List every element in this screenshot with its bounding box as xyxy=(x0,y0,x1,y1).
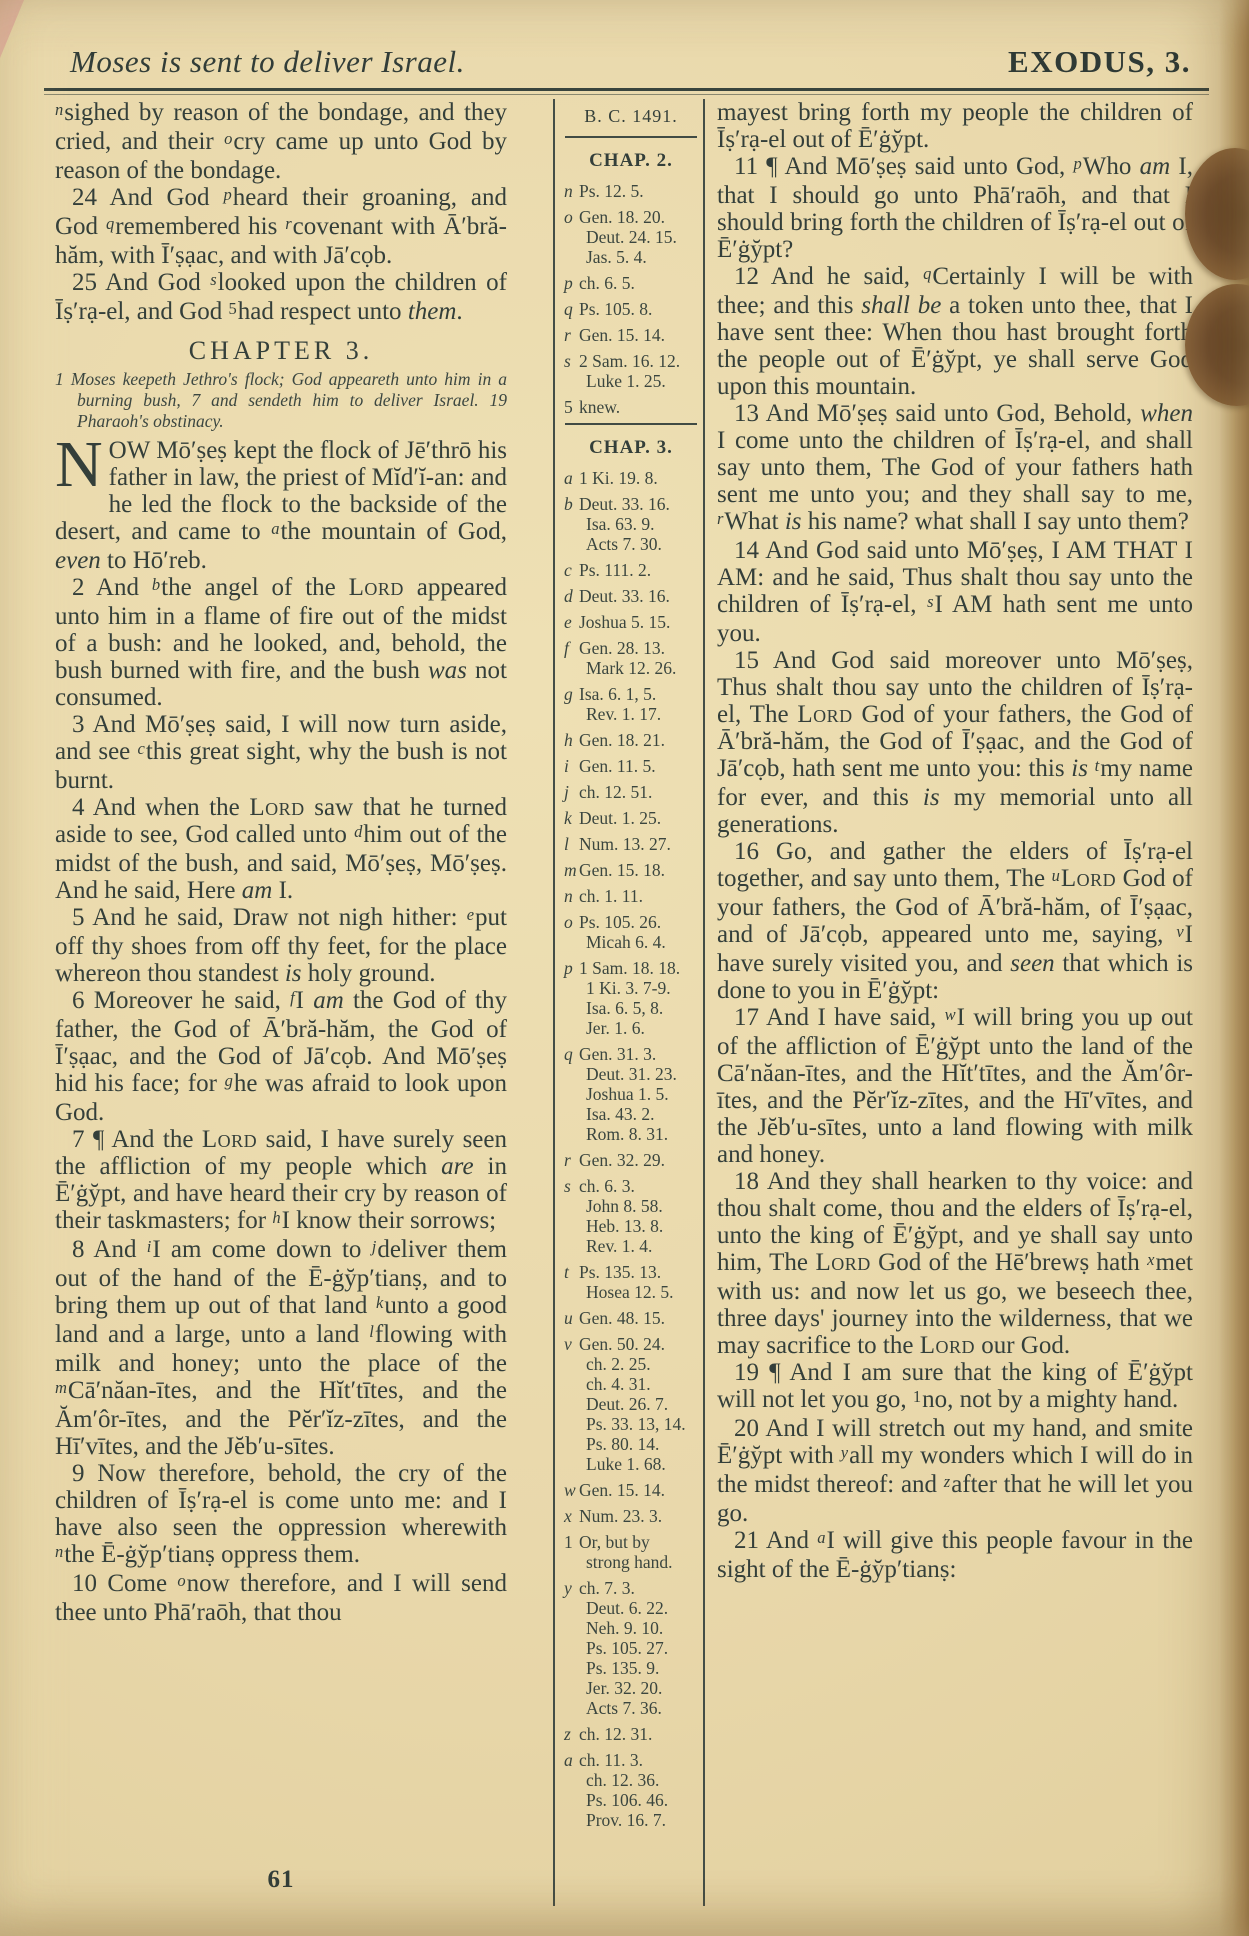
verse-paragraph: 4 And when the Lord saw that he turned a… xyxy=(55,794,507,904)
margin-ref-text: 1 Sam. 18. 18.1 Ki. 3. 7-9.Isa. 6. 5, 8.… xyxy=(579,958,698,1038)
cross-ref-marker: i xyxy=(147,1237,152,1256)
margin-ref-marker: r xyxy=(564,1150,579,1170)
margin-ref-line: Deut. 33. 16. xyxy=(579,494,698,514)
verse-paragraph: 5 And he said, Draw not nigh hither: epu… xyxy=(55,904,507,987)
margin-ref-line: Ps. 12. 5. xyxy=(579,181,698,201)
margin-ref-line: Ps. 80. 14. xyxy=(579,1434,698,1454)
margin-ref-marker: i xyxy=(564,756,579,776)
margin-ref-text: Ps. 12. 5. xyxy=(579,181,698,201)
margin-ref-text: Gen. 48. 15. xyxy=(579,1308,698,1328)
margin-ref-marker: d xyxy=(564,586,579,606)
margin-ref-line: ch. 12. 51. xyxy=(579,782,698,802)
margin-ref-text: Ps. 135. 13.Hosea 12. 5. xyxy=(579,1262,698,1302)
cross-ref-marker: k xyxy=(376,1293,383,1312)
margin-ref-text: 1 Ki. 19. 8. xyxy=(579,468,698,488)
margin-ref-marker: q xyxy=(564,1044,579,1144)
margin-cross-reference: qGen. 31. 3.Deut. 31. 23.Joshua 1. 5.Isa… xyxy=(564,1044,698,1144)
cross-ref-marker: p xyxy=(223,185,231,204)
margin-ref-marker: p xyxy=(564,958,579,1038)
small-caps-word: Lord xyxy=(1061,865,1116,892)
verse-continuation: nsighed by reason of the bondage, and th… xyxy=(55,99,507,184)
cross-ref-marker: r xyxy=(285,214,291,233)
margin-ref-marker: z xyxy=(564,1724,579,1744)
margin-ref-text: Deut. 33. 16.Isa. 63. 9.Acts 7. 30. xyxy=(579,494,698,554)
photo-corner-artifact xyxy=(0,0,24,58)
margin-ref-line: Ps. 33. 13, 14. xyxy=(579,1414,698,1434)
margin-cross-reference: zch. 12. 31. xyxy=(564,1724,698,1744)
margin-ref-line: ch. 12. 31. xyxy=(579,1724,698,1744)
drop-cap: N xyxy=(55,437,109,492)
margin-ref-line: Gen. 31. 3. xyxy=(579,1044,698,1064)
verse-paragraph: 11 ¶ And Mō′ṣeṣ said unto God, pWho am I… xyxy=(717,153,1193,263)
margin-ref-marker: m xyxy=(564,860,579,880)
margin-ref-line: Gen. 18. 21. xyxy=(579,730,698,750)
margin-ref-text: Deut. 33. 16. xyxy=(579,586,698,606)
margin-ref-line: strong hand. xyxy=(579,1552,698,1572)
margin-ref-line: ch. 6. 3. xyxy=(579,1176,698,1196)
margin-ref-line: Rev. 1. 17. xyxy=(579,704,698,724)
verse-paragraph: 14 And God said unto Mō′ṣeṣ, I AM THAT I… xyxy=(717,537,1193,647)
margin-ref-line: 1 Ki. 3. 7-9. xyxy=(579,978,698,998)
margin-cross-reference: eJoshua 5. 15. xyxy=(564,612,698,632)
margin-chapter-heading: CHAP. 3. xyxy=(564,437,698,459)
margin-ref-marker: y xyxy=(564,1578,579,1718)
cross-ref-marker: s xyxy=(927,592,933,611)
margin-ref-line: Isa. 6. 5, 8. xyxy=(579,998,698,1018)
margin-ref-marker: t xyxy=(564,1262,579,1302)
small-caps-word: Lord xyxy=(797,701,852,728)
margin-ref-text: Ps. 111. 2. xyxy=(579,560,698,580)
margin-ref-marker: n xyxy=(564,886,579,906)
verse-paragraph: 18 And they shall hearken to thy voice: … xyxy=(717,1168,1193,1359)
margin-ref-line: ch. 4. 31. xyxy=(579,1374,698,1394)
small-caps-word: Lord xyxy=(815,1249,870,1276)
cross-ref-marker: p xyxy=(1074,154,1082,173)
margin-ref-text: ch. 12. 31. xyxy=(579,1724,698,1744)
cross-ref-marker: o xyxy=(224,129,232,148)
margin-cross-reference: hGen. 18. 21. xyxy=(564,730,698,750)
margin-ref-line: Gen. 50. 24. xyxy=(579,1334,698,1354)
margin-ref-marker: f xyxy=(564,638,579,678)
margin-ref-marker: w xyxy=(564,1480,579,1500)
margin-cross-reference: 1Or, but bystrong hand. xyxy=(564,1532,698,1572)
center-reference-column: B. C. 1491.CHAP. 2.nPs. 12. 5.oGen. 18. … xyxy=(553,99,705,1906)
margin-ref-line: Joshua 5. 15. xyxy=(579,612,698,632)
cross-ref-marker: s xyxy=(210,270,216,289)
margin-ref-text: Gen. 15. 14. xyxy=(579,1480,698,1500)
verse-paragraph: 7 ¶ And the Lord said, I have surely see… xyxy=(55,1126,507,1236)
margin-ref-line: Gen. 28. 13. xyxy=(579,638,698,658)
margin-ref-line: Jer. 32. 20. xyxy=(579,1678,698,1698)
margin-ref-marker: e xyxy=(564,612,579,632)
thumb-index-notch xyxy=(1185,148,1249,280)
margin-ref-marker: x xyxy=(564,1506,579,1526)
left-text-column: nsighed by reason of the bondage, and th… xyxy=(55,99,553,1906)
margin-cross-reference: lNum. 13. 27. xyxy=(564,834,698,854)
chapter-summary: 1 Moses keepeth Jethro's flock; God appe… xyxy=(55,369,507,432)
margin-cross-reference: p1 Sam. 18. 18.1 Ki. 3. 7-9.Isa. 6. 5, 8… xyxy=(564,958,698,1038)
margin-ref-line: Isa. 6. 1, 5. xyxy=(579,684,698,704)
margin-ref-text: Gen. 18. 21. xyxy=(579,730,698,750)
cross-ref-marker: t xyxy=(1095,756,1100,775)
margin-cross-reference: bDeut. 33. 16.Isa. 63. 9.Acts 7. 30. xyxy=(564,494,698,554)
verse-paragraph: 20 And I will stretch out my hand, and s… xyxy=(717,1415,1193,1527)
margin-ref-marker: a xyxy=(564,468,579,488)
bc-date: B. C. 1491. xyxy=(564,106,698,127)
cross-ref-marker: q xyxy=(923,264,931,283)
margin-ref-line: Gen. 15. 14. xyxy=(579,1480,698,1500)
margin-ref-marker: o xyxy=(564,207,579,267)
margin-cross-reference: gIsa. 6. 1, 5.Rev. 1. 17. xyxy=(564,684,698,724)
verse-paragraph: 15 And God said moreover unto Mō′ṣeṣ, Th… xyxy=(717,647,1193,838)
cross-ref-marker: q xyxy=(106,214,114,233)
margin-ref-line: Deut. 6. 22. xyxy=(579,1598,698,1618)
margin-chapter-heading: CHAP. 2. xyxy=(564,150,698,172)
cross-ref-marker: j xyxy=(372,1237,377,1256)
margin-divider-rule xyxy=(565,136,697,138)
margin-cross-reference: cPs. 111. 2. xyxy=(564,560,698,580)
margin-ref-line: Ps. 106. 46. xyxy=(579,1790,698,1810)
margin-ref-text: ch. 6. 5. xyxy=(579,273,698,293)
margin-ref-line: Ps. 135. 13. xyxy=(579,1262,698,1282)
margin-ref-line: Deut. 1. 25. xyxy=(579,808,698,828)
margin-ref-line: ch. 6. 5. xyxy=(579,273,698,293)
margin-ref-line: Deut. 26. 7. xyxy=(579,1394,698,1414)
margin-ref-marker: 5 xyxy=(564,397,579,417)
margin-cross-reference: oGen. 18. 20.Deut. 24. 15.Jas. 5. 4. xyxy=(564,207,698,267)
margin-cross-reference: 5knew. xyxy=(564,397,698,417)
margin-ref-text: 2 Sam. 16. 12.Luke 1. 25. xyxy=(579,351,698,391)
margin-cross-reference: xNum. 23. 3. xyxy=(564,1506,698,1526)
margin-ref-text: Gen. 50. 24.ch. 2. 25.ch. 4. 31.Deut. 26… xyxy=(579,1334,698,1474)
margin-ref-marker: o xyxy=(564,912,579,952)
margin-ref-line: Acts 7. 30. xyxy=(579,534,698,554)
margin-ref-line: Isa. 63. 9. xyxy=(579,514,698,534)
small-caps-word: Lord xyxy=(202,1126,257,1153)
running-head: Moses is sent to deliver Israel. EXODUS,… xyxy=(70,44,1191,80)
cross-ref-marker: f xyxy=(290,988,295,1007)
margin-cross-reference: vGen. 50. 24.ch. 2. 25.ch. 4. 31.Deut. 2… xyxy=(564,1334,698,1474)
margin-ref-line: Micah 6. 4. xyxy=(579,932,698,952)
margin-cross-reference: fGen. 28. 13.Mark 12. 26. xyxy=(564,638,698,678)
margin-ref-line: Ps. 105. 26. xyxy=(579,912,698,932)
margin-ref-line: Gen. 15. 18. xyxy=(579,860,698,880)
verse-paragraph: 3 And Mō′ṣeṣ said, I will now turn aside… xyxy=(55,711,507,794)
margin-ref-text: ch. 1. 11. xyxy=(579,886,698,906)
margin-ref-line: Acts 7. 36. xyxy=(579,1698,698,1718)
margin-cross-reference: pch. 6. 5. xyxy=(564,273,698,293)
margin-divider-rule xyxy=(565,423,697,425)
margin-cross-reference: oPs. 105. 26.Micah 6. 4. xyxy=(564,912,698,952)
cross-ref-marker: y xyxy=(841,1443,848,1462)
margin-ref-line: Ps. 105. 27. xyxy=(579,1638,698,1658)
margin-cross-reference: mGen. 15. 18. xyxy=(564,860,698,880)
margin-ref-text: Gen. 31. 3.Deut. 31. 23.Joshua 1. 5.Isa.… xyxy=(579,1044,698,1144)
cross-ref-marker: d xyxy=(354,822,362,841)
margin-ref-line: 1 Sam. 18. 18. xyxy=(579,958,698,978)
margin-ref-line: Isa. 43. 2. xyxy=(579,1104,698,1124)
margin-ref-line: Jer. 1. 6. xyxy=(579,1018,698,1038)
margin-ref-line: John 8. 58. xyxy=(579,1196,698,1216)
verse-continuation: NOW Mō′ṣeṣ kept the flock of Jē′thrō his… xyxy=(55,437,507,574)
header-rule xyxy=(44,88,1209,95)
cross-ref-marker: z xyxy=(944,1472,950,1491)
small-caps-word: Lord xyxy=(349,574,404,601)
margin-ref-text: Ps. 105. 8. xyxy=(579,299,698,319)
cross-ref-marker: e xyxy=(467,905,474,924)
margin-ref-text: ch. 11. 3.ch. 12. 36.Ps. 106. 46.Prov. 1… xyxy=(579,1750,698,1830)
scanned-bible-page: Moses is sent to deliver Israel. EXODUS,… xyxy=(0,0,1249,1936)
margin-ref-line: Heb. 13. 8. xyxy=(579,1216,698,1236)
margin-ref-line: knew. xyxy=(579,397,698,417)
margin-ref-line: Gen. 15. 14. xyxy=(579,325,698,345)
margin-ref-marker: v xyxy=(564,1334,579,1474)
cross-ref-marker: 1 xyxy=(913,1387,921,1406)
verse-paragraph: 25 And God slooked upon the children of … xyxy=(55,269,507,327)
margin-ref-marker: a xyxy=(564,1750,579,1830)
margin-ref-marker: u xyxy=(564,1308,579,1328)
margin-ref-text: Gen. 28. 13.Mark 12. 26. xyxy=(579,638,698,678)
margin-ref-text: Gen. 11. 5. xyxy=(579,756,698,776)
verse-paragraph: 10 Come onow therefore, and I will send … xyxy=(55,1570,507,1626)
margin-ref-line: Deut. 24. 15. xyxy=(579,227,698,247)
cross-ref-marker: x xyxy=(1147,1250,1154,1269)
margin-cross-reference: dDeut. 33. 16. xyxy=(564,586,698,606)
margin-ref-text: Isa. 6. 1, 5.Rev. 1. 17. xyxy=(579,684,698,724)
margin-ref-line: Luke 1. 68. xyxy=(579,1454,698,1474)
cross-ref-marker: a xyxy=(817,1528,825,1547)
margin-ref-marker: r xyxy=(564,325,579,345)
margin-ref-text: Or, but bystrong hand. xyxy=(579,1532,698,1572)
cross-ref-marker: l xyxy=(369,1322,374,1341)
margin-ref-line: 1 Ki. 19. 8. xyxy=(579,468,698,488)
margin-ref-line: Rom. 8. 31. xyxy=(579,1124,698,1144)
margin-cross-reference: nPs. 12. 5. xyxy=(564,181,698,201)
margin-ref-line: Jas. 5. 4. xyxy=(579,247,698,267)
margin-ref-marker: s xyxy=(564,1176,579,1256)
margin-ref-text: knew. xyxy=(579,397,698,417)
margin-ref-text: Num. 13. 27. xyxy=(579,834,698,854)
margin-ref-line: Or, but by xyxy=(579,1532,698,1552)
text-columns: nsighed by reason of the bondage, and th… xyxy=(55,99,1193,1906)
margin-ref-line: Num. 23. 3. xyxy=(579,1506,698,1526)
margin-ref-line: Ps. 111. 2. xyxy=(579,560,698,580)
margin-cross-reference: sch. 6. 3.John 8. 58.Heb. 13. 8.Rev. 1. … xyxy=(564,1176,698,1256)
margin-ref-line: ch. 7. 3. xyxy=(579,1578,698,1598)
margin-ref-line: ch. 12. 36. xyxy=(579,1770,698,1790)
margin-ref-text: ch. 7. 3.Deut. 6. 22.Neh. 9. 10.Ps. 105.… xyxy=(579,1578,698,1718)
cross-ref-marker: c xyxy=(138,739,145,758)
margin-cross-reference: a1 Ki. 19. 8. xyxy=(564,468,698,488)
margin-cross-reference: qPs. 105. 8. xyxy=(564,299,698,319)
margin-ref-marker: b xyxy=(564,494,579,554)
margin-ref-text: ch. 6. 3.John 8. 58.Heb. 13. 8.Rev. 1. 4… xyxy=(579,1176,698,1256)
margin-cross-reference: nch. 1. 11. xyxy=(564,886,698,906)
margin-ref-line: Gen. 32. 29. xyxy=(579,1150,698,1170)
margin-ref-line: Hosea 12. 5. xyxy=(579,1282,698,1302)
margin-ref-line: Ps. 105. 8. xyxy=(579,299,698,319)
margin-ref-marker: k xyxy=(564,808,579,828)
margin-ref-text: Num. 23. 3. xyxy=(579,1506,698,1526)
margin-ref-marker: n xyxy=(564,181,579,201)
right-text-column: mayest bring forth my people the childre… xyxy=(705,99,1193,1906)
margin-ref-line: Deut. 31. 23. xyxy=(579,1064,698,1084)
cross-ref-marker: o xyxy=(177,1571,185,1590)
margin-cross-reference: jch. 12. 51. xyxy=(564,782,698,802)
margin-ref-line: Joshua 1. 5. xyxy=(579,1084,698,1104)
margin-cross-reference: rGen. 32. 29. xyxy=(564,1150,698,1170)
margin-ref-line: Num. 13. 27. xyxy=(579,834,698,854)
cross-ref-marker: n xyxy=(55,1542,63,1561)
margin-ref-text: Gen. 15. 18. xyxy=(579,860,698,880)
margin-ref-line: ch. 11. 3. xyxy=(579,1750,698,1770)
verse-paragraph: 9 Now therefore, behold, the cry of the … xyxy=(55,1460,507,1570)
margin-ref-line: 2 Sam. 16. 12. xyxy=(579,351,698,371)
margin-ref-marker: j xyxy=(564,782,579,802)
margin-ref-line: Ps. 135. 9. xyxy=(579,1658,698,1678)
margin-ref-line: Deut. 33. 16. xyxy=(579,586,698,606)
margin-ref-marker: g xyxy=(564,684,579,724)
margin-ref-line: ch. 2. 25. xyxy=(579,1354,698,1374)
margin-ref-marker: q xyxy=(564,299,579,319)
margin-ref-line: Gen. 18. 20. xyxy=(579,207,698,227)
running-head-book-chapter: EXODUS, 3. xyxy=(1008,44,1191,80)
cross-ref-marker: b xyxy=(152,575,160,594)
margin-ref-marker: p xyxy=(564,273,579,293)
margin-ref-line: Luke 1. 25. xyxy=(579,371,698,391)
margin-ref-text: Ps. 105. 26.Micah 6. 4. xyxy=(579,912,698,952)
verse-paragraph: 8 And iI am come down to jdeliver them o… xyxy=(55,1236,507,1460)
margin-ref-line: Mark 12. 26. xyxy=(579,658,698,678)
cross-ref-marker: u xyxy=(1052,866,1060,885)
margin-ref-line: Gen. 11. 5. xyxy=(579,756,698,776)
margin-ref-marker: h xyxy=(564,730,579,750)
margin-cross-reference: rGen. 15. 14. xyxy=(564,325,698,345)
margin-ref-line: Gen. 48. 15. xyxy=(579,1308,698,1328)
small-caps-word: Lord xyxy=(920,1332,975,1359)
margin-cross-reference: uGen. 48. 15. xyxy=(564,1308,698,1328)
verse-paragraph: 24 And God pheard their groaning, and Go… xyxy=(55,184,507,269)
verse-paragraph: 19 ¶ And I am sure that the king of Ē′ġy… xyxy=(717,1359,1193,1415)
margin-ref-line: Neh. 9. 10. xyxy=(579,1618,698,1638)
cross-ref-marker: g xyxy=(225,1071,233,1090)
cross-ref-marker: v xyxy=(1176,922,1183,941)
margin-cross-reference: iGen. 11. 5. xyxy=(564,756,698,776)
margin-ref-text: Gen. 15. 14. xyxy=(579,325,698,345)
margin-cross-reference: s2 Sam. 16. 12.Luke 1. 25. xyxy=(564,351,698,391)
cross-ref-marker: h xyxy=(272,1208,280,1227)
margin-ref-line: Prov. 16. 7. xyxy=(579,1810,698,1830)
margin-ref-marker: s xyxy=(564,351,579,391)
margin-ref-text: Gen. 18. 20.Deut. 24. 15.Jas. 5. 4. xyxy=(579,207,698,267)
margin-ref-line: ch. 1. 11. xyxy=(579,886,698,906)
margin-ref-text: ch. 12. 51. xyxy=(579,782,698,802)
cross-ref-marker: n xyxy=(55,100,63,119)
verse-paragraph: 12 And he said, qCertainly I will be wit… xyxy=(717,263,1193,400)
verse-paragraph: 21 And aI will give this people favour i… xyxy=(717,1527,1193,1583)
running-head-title: Moses is sent to deliver Israel. xyxy=(70,44,465,80)
cross-ref-marker: r xyxy=(717,509,723,528)
verse-continuation: mayest bring forth my people the childre… xyxy=(717,99,1193,153)
margin-ref-text: Joshua 5. 15. xyxy=(579,612,698,632)
cross-ref-marker: a xyxy=(271,519,279,538)
margin-ref-marker: c xyxy=(564,560,579,580)
verse-paragraph: 17 And I have said, wI will bring you up… xyxy=(717,1004,1193,1168)
cross-ref-marker: m xyxy=(55,1378,67,1397)
margin-cross-reference: kDeut. 1. 25. xyxy=(564,808,698,828)
verse-paragraph: 2 And bthe angel of the Lord appeared un… xyxy=(55,574,507,711)
margin-ref-line: Rev. 1. 4. xyxy=(579,1236,698,1256)
small-caps-word: Lord xyxy=(249,794,304,821)
page-number: 61 xyxy=(231,1866,331,1894)
margin-ref-text: Gen. 32. 29. xyxy=(579,1150,698,1170)
thumb-index-notch xyxy=(1185,284,1249,406)
margin-cross-reference: ach. 11. 3.ch. 12. 36.Ps. 106. 46.Prov. … xyxy=(564,1750,698,1830)
verse-paragraph: 13 And Mō′ṣeṣ said unto God, Behold, whe… xyxy=(717,400,1193,537)
cross-ref-marker: w xyxy=(945,1005,956,1024)
chapter-heading: CHAPTER 3. xyxy=(55,336,507,366)
margin-cross-reference: ych. 7. 3.Deut. 6. 22.Neh. 9. 10.Ps. 105… xyxy=(564,1578,698,1718)
verse-paragraph: 6 Moreover he said, fI am the God of thy… xyxy=(55,987,507,1126)
verse-paragraph: 16 Go, and gather the elders of Īṣ′rạ-el… xyxy=(717,838,1193,1004)
margin-ref-marker: 1 xyxy=(564,1532,579,1572)
margin-cross-reference: tPs. 135. 13.Hosea 12. 5. xyxy=(564,1262,698,1302)
margin-ref-text: Deut. 1. 25. xyxy=(579,808,698,828)
margin-cross-reference: wGen. 15. 14. xyxy=(564,1480,698,1500)
cross-ref-marker: 5 xyxy=(228,299,236,318)
margin-ref-marker: l xyxy=(564,834,579,854)
